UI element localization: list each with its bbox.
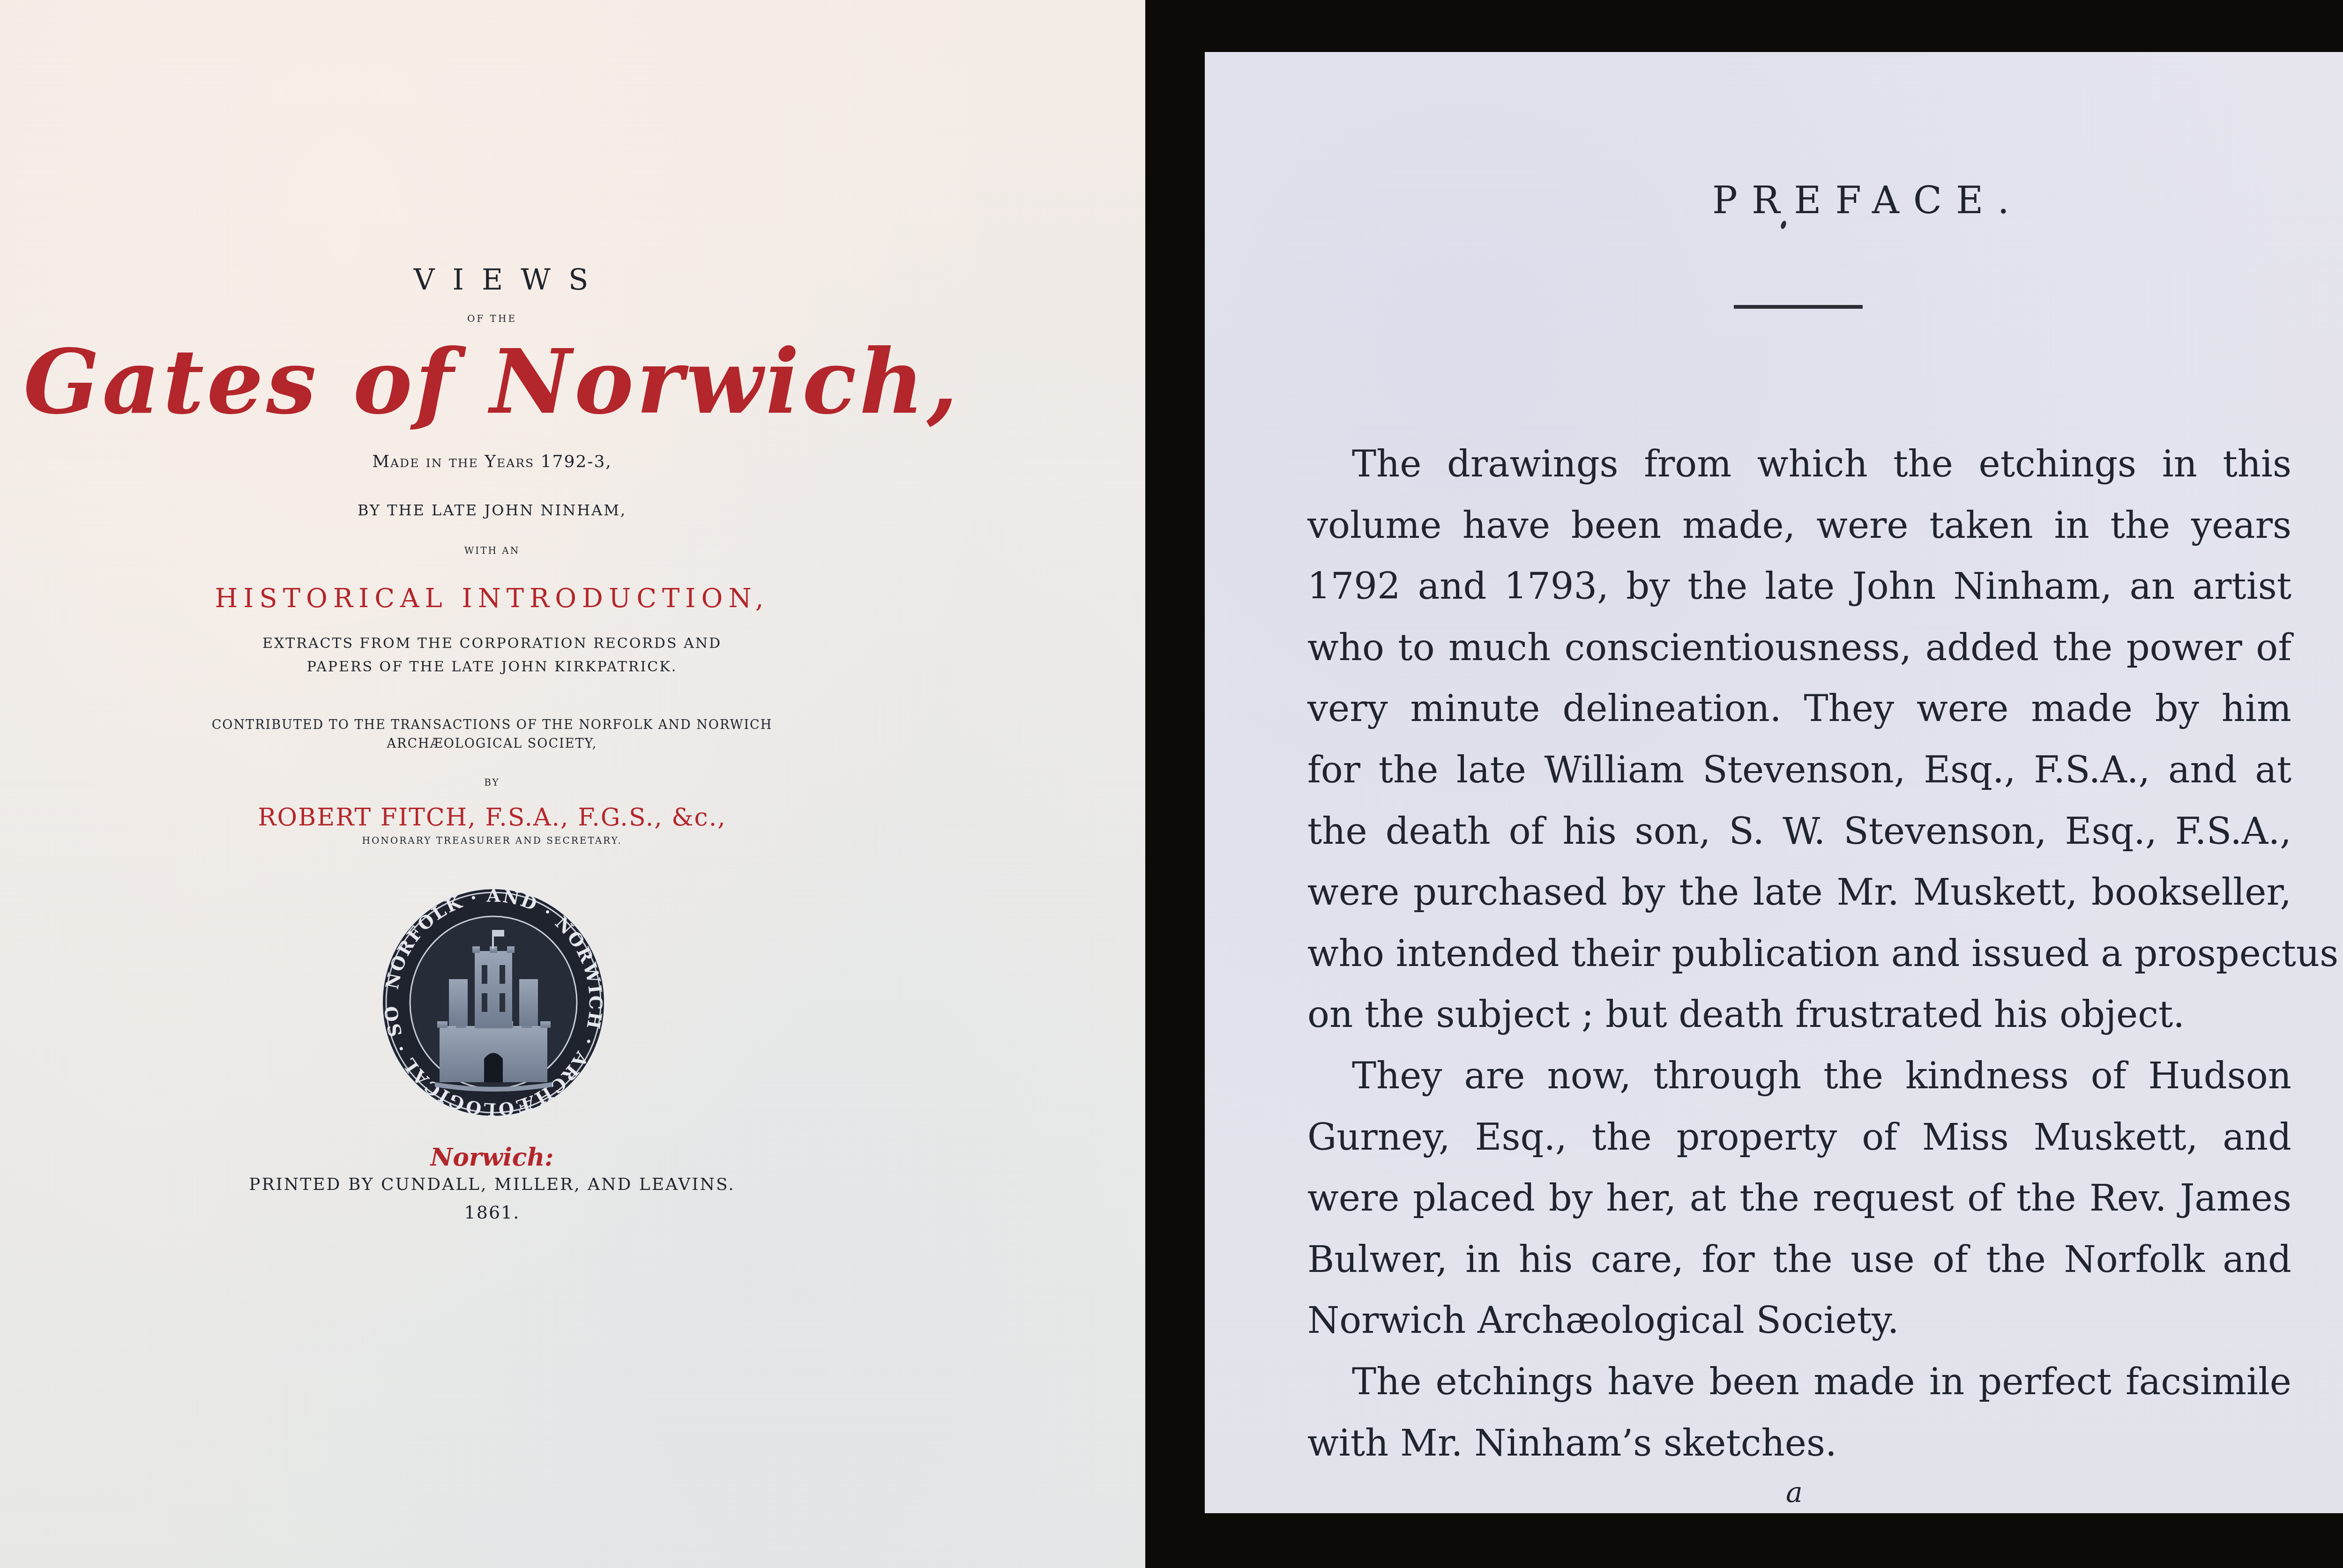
text-line: on the subject ; but death frustrated hi… bbox=[1307, 984, 2291, 1046]
text-line: They are now, through the kindness of Hu… bbox=[1307, 1046, 2291, 1107]
text-line: who to much conscientiousness, added the… bbox=[1307, 617, 2291, 679]
preface-heading: PREFACE. bbox=[1205, 178, 2343, 222]
paragraph-1: The drawings from which the etchings in … bbox=[1307, 434, 2291, 1046]
text-line: the death of his son, S. W. Stevenson, E… bbox=[1307, 801, 2291, 862]
extracts-line-2: PAPERS OF THE LATE JOHN KIRKPATRICK. bbox=[0, 659, 984, 675]
contributed-line-2: ARCHÆOLOGICAL SOCIETY, bbox=[0, 736, 984, 751]
heading-rule bbox=[1734, 305, 1863, 309]
title-of-the: OF THE bbox=[0, 313, 984, 324]
author-name: ROBERT FITCH, F.S.A., F.G.S., &c., bbox=[0, 803, 984, 832]
text-line: with Mr. Ninham’s sketches. bbox=[1307, 1413, 2291, 1474]
paragraph-3: The etchings have been made in perfect f… bbox=[1307, 1352, 2291, 1474]
imprint-printer: PRINTED BY CUNDALL, MILLER, AND LEAVINS. bbox=[0, 1175, 984, 1194]
by-artist: BY THE LATE JOHN NINHAM, bbox=[0, 501, 984, 519]
text-line: The etchings have been made in perfect f… bbox=[1307, 1352, 2291, 1413]
contributed-line-1: CONTRIBUTED TO THE TRANSACTIONS OF THE N… bbox=[0, 718, 984, 732]
title-page: VIEWS OF THE Gates of Norwich, Made in t… bbox=[0, 0, 1145, 1568]
text-line: Gurney, Esq., the property of Miss Muske… bbox=[1307, 1107, 2291, 1168]
text-line: who intended their publication and issue… bbox=[1307, 923, 2291, 985]
by-label: BY bbox=[0, 777, 984, 788]
text-line: The drawings from which the etchings in … bbox=[1307, 434, 2291, 495]
text-line: Bulwer, in his care, for the use of the … bbox=[1307, 1229, 2291, 1291]
preface-page: PREFACE. The drawings from which the etc… bbox=[1205, 52, 2343, 1513]
title-views: VIEWS bbox=[0, 262, 1002, 297]
preface-body: The drawings from which the etchings in … bbox=[1307, 434, 2291, 1474]
text-line: for the late William Stevenson, Esq., F.… bbox=[1307, 740, 2291, 801]
text-line: volume have been made, were taken in the… bbox=[1307, 495, 2291, 557]
paragraph-2: They are now, through the kindness of Hu… bbox=[1307, 1046, 2291, 1352]
made-in-years: Made in the Years 1792-3, bbox=[0, 452, 984, 471]
text-line: were placed by her, at the request of th… bbox=[1307, 1168, 2291, 1229]
imprint-place: Norwich: bbox=[0, 1143, 984, 1172]
text-line: Norwich Archæological Society. bbox=[1307, 1290, 2291, 1352]
imprint-year: 1861. bbox=[0, 1202, 984, 1223]
author-role: HONORARY TREASURER AND SECRETARY. bbox=[0, 835, 984, 846]
page-folio: a bbox=[1786, 1476, 1803, 1509]
with-an: WITH AN bbox=[0, 545, 984, 556]
extracts-line-1: EXTRACTS FROM THE CORPORATION RECORDS AN… bbox=[0, 635, 984, 652]
text-line: very minute delineation. They were made … bbox=[1307, 678, 2291, 740]
main-title: Gates of Norwich, bbox=[0, 337, 984, 426]
text-line: 1792 and 1793, by the late John Ninham, … bbox=[1307, 556, 2291, 617]
text-line: were purchased by the late Mr. Muskett, … bbox=[1307, 862, 2291, 923]
castle-gate-seal-icon: NORFOLK · AND · NORWICH · ARCHÆOLOGICAL … bbox=[379, 885, 608, 1120]
historical-introduction: HISTORICAL INTRODUCTION, bbox=[0, 583, 984, 614]
